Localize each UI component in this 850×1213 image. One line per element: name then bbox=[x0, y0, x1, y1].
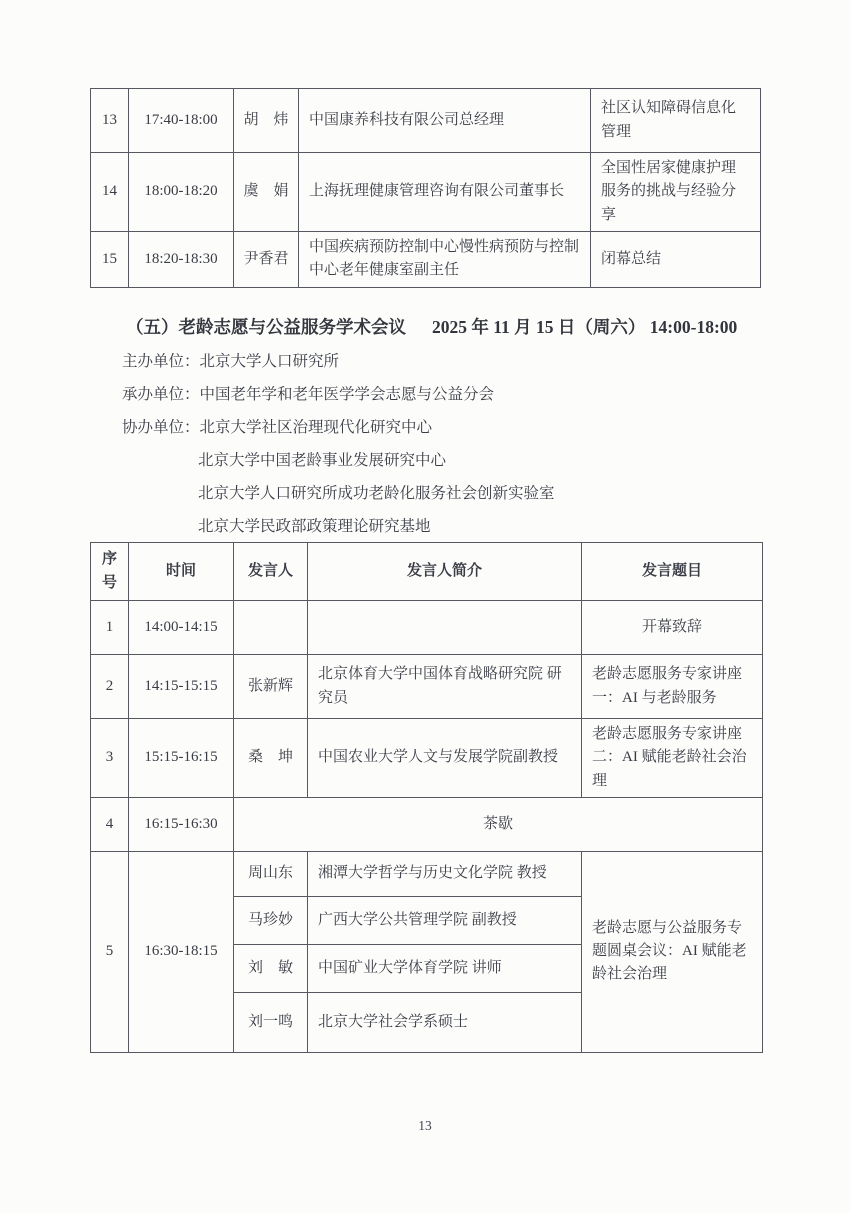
table-row-1: 1 14:00-14:15 开幕致辞 bbox=[91, 601, 763, 655]
cell-time: 16:15-16:30 bbox=[129, 797, 234, 851]
document-page: 13 17:40-18:00 胡 炜 中国康养科技有限公司总经理 社区认知障碍信… bbox=[0, 0, 850, 1213]
cell-speaker: 胡 炜 bbox=[234, 89, 299, 153]
table-row-3: 3 15:15-16:15 桑 坤 中国农业大学人文与发展学院副教授 老龄志愿服… bbox=[91, 719, 763, 798]
cell-topic: 全国性居家健康护理服务的挑战与经验分享 bbox=[591, 153, 761, 232]
organizer-label bbox=[122, 517, 198, 537]
organizer-name: 中国老年学和老年医学学会志愿与公益分会 bbox=[200, 385, 495, 405]
cell-speaker: 桑 坤 bbox=[234, 719, 308, 798]
cell-seq: 4 bbox=[91, 797, 129, 851]
organizer-name: 北京大学民政部政策理论研究基地 bbox=[198, 517, 431, 537]
cell-intro: 中国农业大学人文与发展学院副教授 bbox=[308, 719, 582, 798]
organizer-line: 北京大学人口研究所成功老龄化服务社会创新实验室 bbox=[122, 484, 555, 504]
cell-topic: 老龄志愿服务专家讲座二：AI 赋能老龄社会治理 bbox=[582, 719, 763, 798]
cell-speaker: 刘 敏 bbox=[234, 944, 308, 992]
cell-speaker: 刘一鸣 bbox=[234, 992, 308, 1052]
table-header-row: 序号 时间 发言人 发言人简介 发言题目 bbox=[91, 543, 763, 601]
table-row-4: 4 16:15-16:30 茶歇 bbox=[91, 797, 763, 851]
session-table-main: 序号 时间 发言人 发言人简介 发言题目 1 14:00-14:15 开幕致辞 … bbox=[90, 542, 763, 1053]
cell-speaker: 马珍妙 bbox=[234, 896, 308, 944]
table-row-2: 2 14:15-15:15 张新辉 北京体育大学中国体育战略研究院 研究员 老龄… bbox=[91, 655, 763, 719]
organizer-label: 主办单位： bbox=[122, 352, 200, 372]
cell-intro: 中国矿业大学体育学院 讲师 bbox=[308, 944, 582, 992]
cell-speaker: 张新辉 bbox=[234, 655, 308, 719]
cell-intro: 北京体育大学中国体育战略研究院 研究员 bbox=[308, 655, 582, 719]
cell-topic: 老龄志愿服务专家讲座一：AI 与老龄服务 bbox=[582, 655, 763, 719]
section-datetime: 2025 年 11 月 15 日（周六） 14:00-18:00 bbox=[432, 317, 737, 337]
session-table-previous: 13 17:40-18:00 胡 炜 中国康养科技有限公司总经理 社区认知障碍信… bbox=[90, 88, 761, 288]
cell-intro: 中国康养科技有限公司总经理 bbox=[299, 89, 591, 153]
cell-seq: 5 bbox=[91, 851, 129, 1052]
cell-time: 18:00-18:20 bbox=[129, 153, 234, 232]
cell-speaker: 周山东 bbox=[234, 851, 308, 896]
cell-seq: 14 bbox=[91, 153, 129, 232]
cell-break: 茶歇 bbox=[234, 797, 763, 851]
cell-topic: 社区认知障碍信息化管理 bbox=[591, 89, 761, 153]
section-heading: （五）老龄志愿与公益服务学术会议2025 年 11 月 15 日（周六） 14:… bbox=[126, 314, 737, 339]
cell-seq: 3 bbox=[91, 719, 129, 798]
organizer-name: 北京大学人口研究所 bbox=[200, 352, 340, 372]
section-title: （五）老龄志愿与公益服务学术会议 bbox=[126, 317, 406, 337]
cell-speaker: 尹香君 bbox=[234, 231, 299, 287]
cell-intro: 北京大学社会学系硕士 bbox=[308, 992, 582, 1052]
organizer-label: 承办单位： bbox=[122, 385, 200, 405]
header-seq: 序号 bbox=[91, 543, 129, 601]
cell-seq: 15 bbox=[91, 231, 129, 287]
organizer-name: 北京大学中国老龄事业发展研究中心 bbox=[198, 451, 446, 471]
cell-time: 18:20-18:30 bbox=[129, 231, 234, 287]
header-intro: 发言人简介 bbox=[308, 543, 582, 601]
cell-time: 14:15-15:15 bbox=[129, 655, 234, 719]
organizer-line: 协办单位： 北京大学社区治理现代化研究中心 bbox=[122, 418, 555, 438]
organizer-list: 主办单位： 北京大学人口研究所 承办单位： 中国老年学和老年医学学会志愿与公益分… bbox=[122, 352, 555, 550]
organizer-label: 协办单位： bbox=[122, 418, 200, 438]
organizer-line: 主办单位： 北京大学人口研究所 bbox=[122, 352, 555, 372]
organizer-line: 承办单位： 中国老年学和老年医学学会志愿与公益分会 bbox=[122, 385, 555, 405]
table-row-15: 15 18:20-18:30 尹香君 中国疾病预防控制中心慢性病预防与控制中心老… bbox=[91, 231, 761, 287]
table-row-5a: 5 16:30-18:15 周山东 湘潭大学哲学与历史文化学院 教授 老龄志愿与… bbox=[91, 851, 763, 896]
cell-time: 15:15-16:15 bbox=[129, 719, 234, 798]
header-topic: 发言题目 bbox=[582, 543, 763, 601]
cell-seq: 2 bbox=[91, 655, 129, 719]
cell-time: 16:30-18:15 bbox=[129, 851, 234, 1052]
cell-seq: 1 bbox=[91, 601, 129, 655]
cell-speaker bbox=[234, 601, 308, 655]
cell-intro: 中国疾病预防控制中心慢性病预防与控制中心老年健康室副主任 bbox=[299, 231, 591, 287]
cell-seq: 13 bbox=[91, 89, 129, 153]
organizer-name: 北京大学社区治理现代化研究中心 bbox=[200, 418, 433, 438]
cell-intro: 湘潭大学哲学与历史文化学院 教授 bbox=[308, 851, 582, 896]
table-row-13: 13 17:40-18:00 胡 炜 中国康养科技有限公司总经理 社区认知障碍信… bbox=[91, 89, 761, 153]
cell-intro: 上海抚理健康管理咨询有限公司董事长 bbox=[299, 153, 591, 232]
organizer-label bbox=[122, 451, 198, 471]
organizer-line: 北京大学民政部政策理论研究基地 bbox=[122, 517, 555, 537]
organizer-label bbox=[122, 484, 198, 504]
organizer-line: 北京大学中国老龄事业发展研究中心 bbox=[122, 451, 555, 471]
cell-speaker: 虞 娟 bbox=[234, 153, 299, 232]
header-speaker: 发言人 bbox=[234, 543, 308, 601]
cell-intro: 广西大学公共管理学院 副教授 bbox=[308, 896, 582, 944]
cell-intro bbox=[308, 601, 582, 655]
page-number: 13 bbox=[0, 1118, 850, 1134]
cell-time: 17:40-18:00 bbox=[129, 89, 234, 153]
organizer-name: 北京大学人口研究所成功老龄化服务社会创新实验室 bbox=[198, 484, 555, 504]
table-row-14: 14 18:00-18:20 虞 娟 上海抚理健康管理咨询有限公司董事长 全国性… bbox=[91, 153, 761, 232]
cell-topic: 闭幕总结 bbox=[591, 231, 761, 287]
cell-time: 14:00-14:15 bbox=[129, 601, 234, 655]
cell-topic: 开幕致辞 bbox=[582, 601, 763, 655]
cell-topic: 老龄志愿与公益服务专题圆桌会议：AI 赋能老龄社会治理 bbox=[582, 851, 763, 1052]
header-time: 时间 bbox=[129, 543, 234, 601]
